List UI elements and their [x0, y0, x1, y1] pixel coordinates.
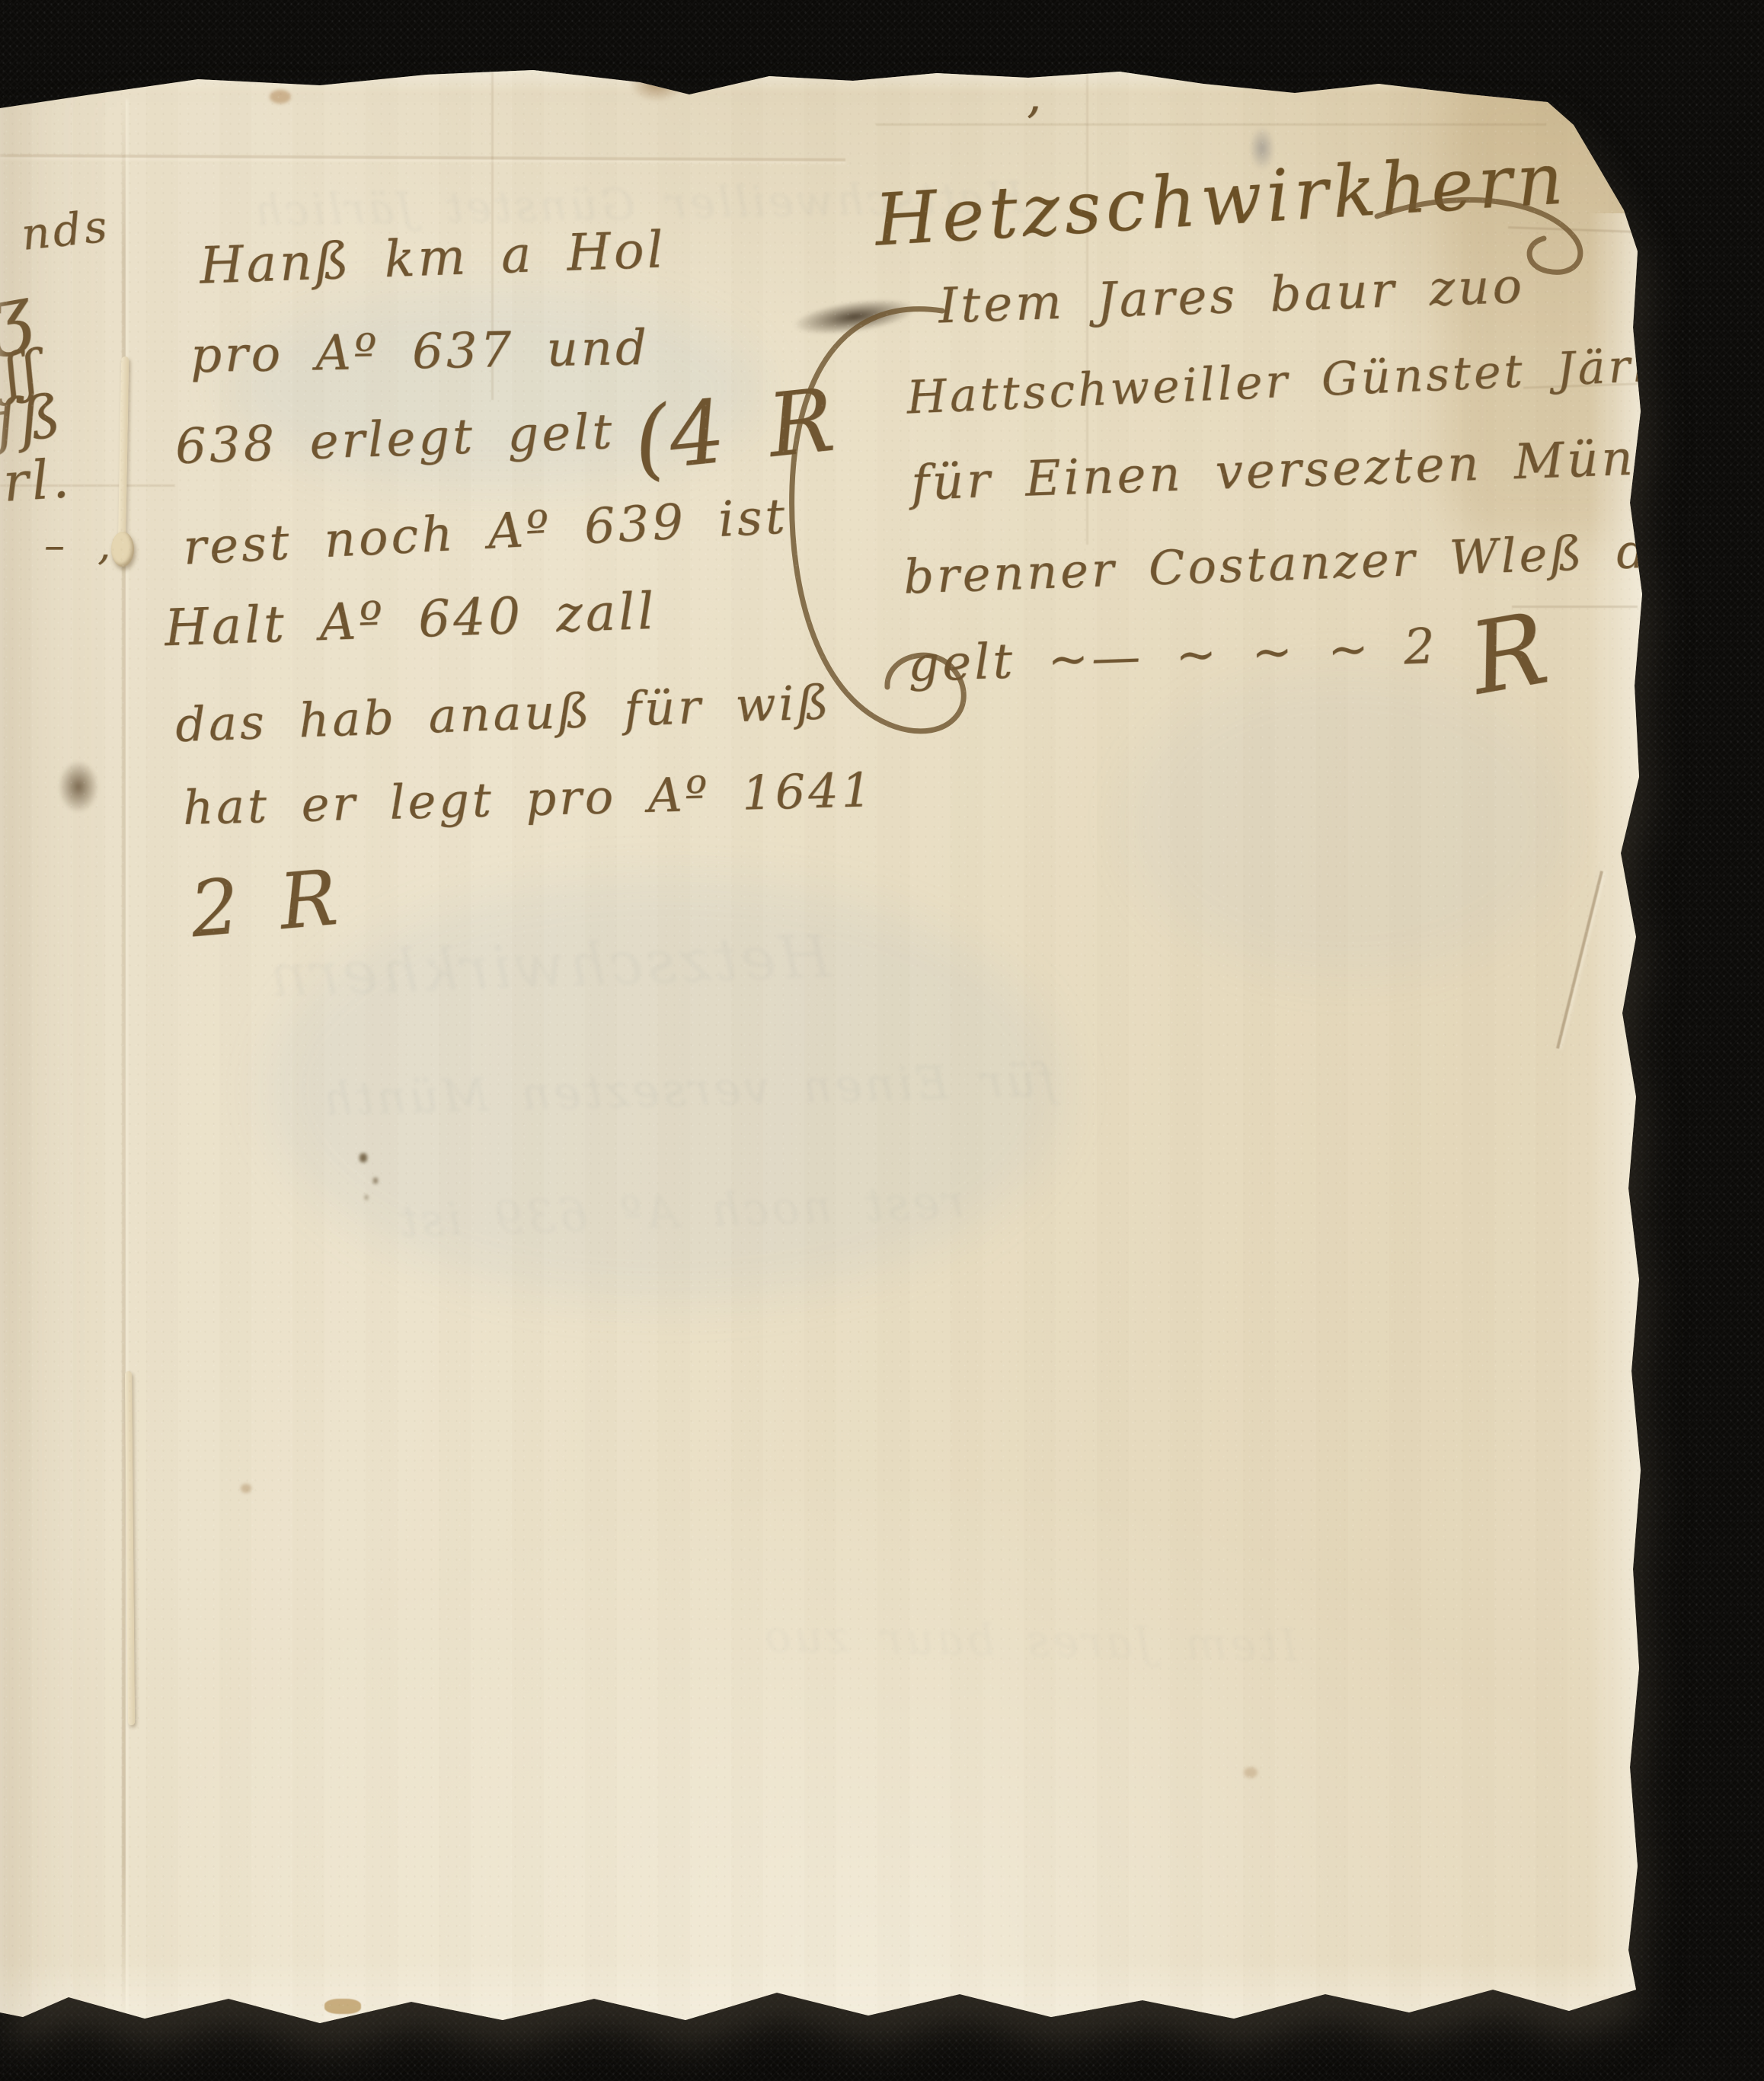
ink-smudge-heading	[792, 293, 917, 340]
blue-haze-right	[1127, 670, 1569, 975]
sum-reichstaler-glyph: R	[1462, 590, 1558, 717]
handwriting-line: brenner Costanzer Wleß dhn	[903, 520, 1718, 604]
handwriting-line: Hattschweiller Günstet Järlich	[906, 335, 1730, 424]
foxing-dot-1	[241, 1484, 251, 1493]
rust-spot-top-left	[270, 90, 291, 104]
top-edge-fibers	[0, 67, 1569, 93]
amount-4R: (4 R	[629, 369, 841, 491]
foxing-dot-2	[1244, 1767, 1257, 1778]
handwriting-line: Item Jares baur zuo	[938, 258, 1526, 335]
handwriting-line: Halt Aº 640 zall	[164, 582, 658, 658]
handwriting-line: für Einen versezten Münth	[910, 428, 1694, 512]
speck-cluster-middle	[360, 1153, 367, 1162]
section-heading: Hetzschwirkhern	[873, 137, 1570, 262]
fold-crease-horizontal-right	[876, 123, 1546, 126]
handwriting-line: pro Aº 637 und	[190, 320, 650, 385]
margin-fragment: – ,	[44, 521, 113, 569]
bottom-edge-fibers	[0, 1962, 1645, 2026]
right-edge-flap-tear	[1556, 871, 1603, 1049]
stain-top-edge	[629, 66, 684, 102]
blue-haze-middle	[267, 876, 1066, 1303]
show-through-line-4: rest noch Aº 639 ist	[395, 1175, 966, 1248]
binding-thread-upper	[118, 356, 129, 556]
handwriting-line: hat er legt pro Aº 1641	[182, 762, 875, 836]
show-through-line-2: Hetzschwirkhern	[266, 922, 832, 1011]
manuscript-page: Hattschweiller Günstet Järlich Hetzschwi…	[0, 0, 1764, 2081]
tan-chip-bottom-edge	[324, 1999, 361, 2014]
ink-blot-left-edge	[58, 760, 99, 814]
binding-thread-lower	[125, 1371, 135, 1725]
fold-crease-horizontal-left	[0, 154, 845, 161]
margin-fragment: rl.	[1, 447, 74, 514]
manuscript-sheet-wrap: Hattschweiller Günstet Järlich Hetzschwi…	[0, 0, 1764, 2081]
show-through-line-3: für Einen versezten Münth	[319, 1053, 1056, 1126]
right-corner-crease-1	[1508, 226, 1638, 233]
show-through-line-5: Item Jares baur zuo	[761, 1610, 1298, 1671]
handwriting-line: das hab anauß für wiß	[174, 674, 832, 753]
margin-fragment: nds	[19, 200, 113, 261]
handwriting-line: rest noch Aº 639 ist	[182, 488, 790, 576]
binding-thread-knot	[111, 532, 134, 567]
heading-mark: ’	[1025, 97, 1043, 154]
amount-total-2R: 2 R	[187, 853, 342, 955]
handwriting-line: Hanß km a Hol	[199, 220, 667, 295]
sum-line: gelt ~— ~ ~ ~ 2	[907, 619, 1439, 693]
margin-fragment: ſß	[0, 382, 66, 458]
handwriting-line: 638 erlegt gelt	[174, 404, 616, 475]
